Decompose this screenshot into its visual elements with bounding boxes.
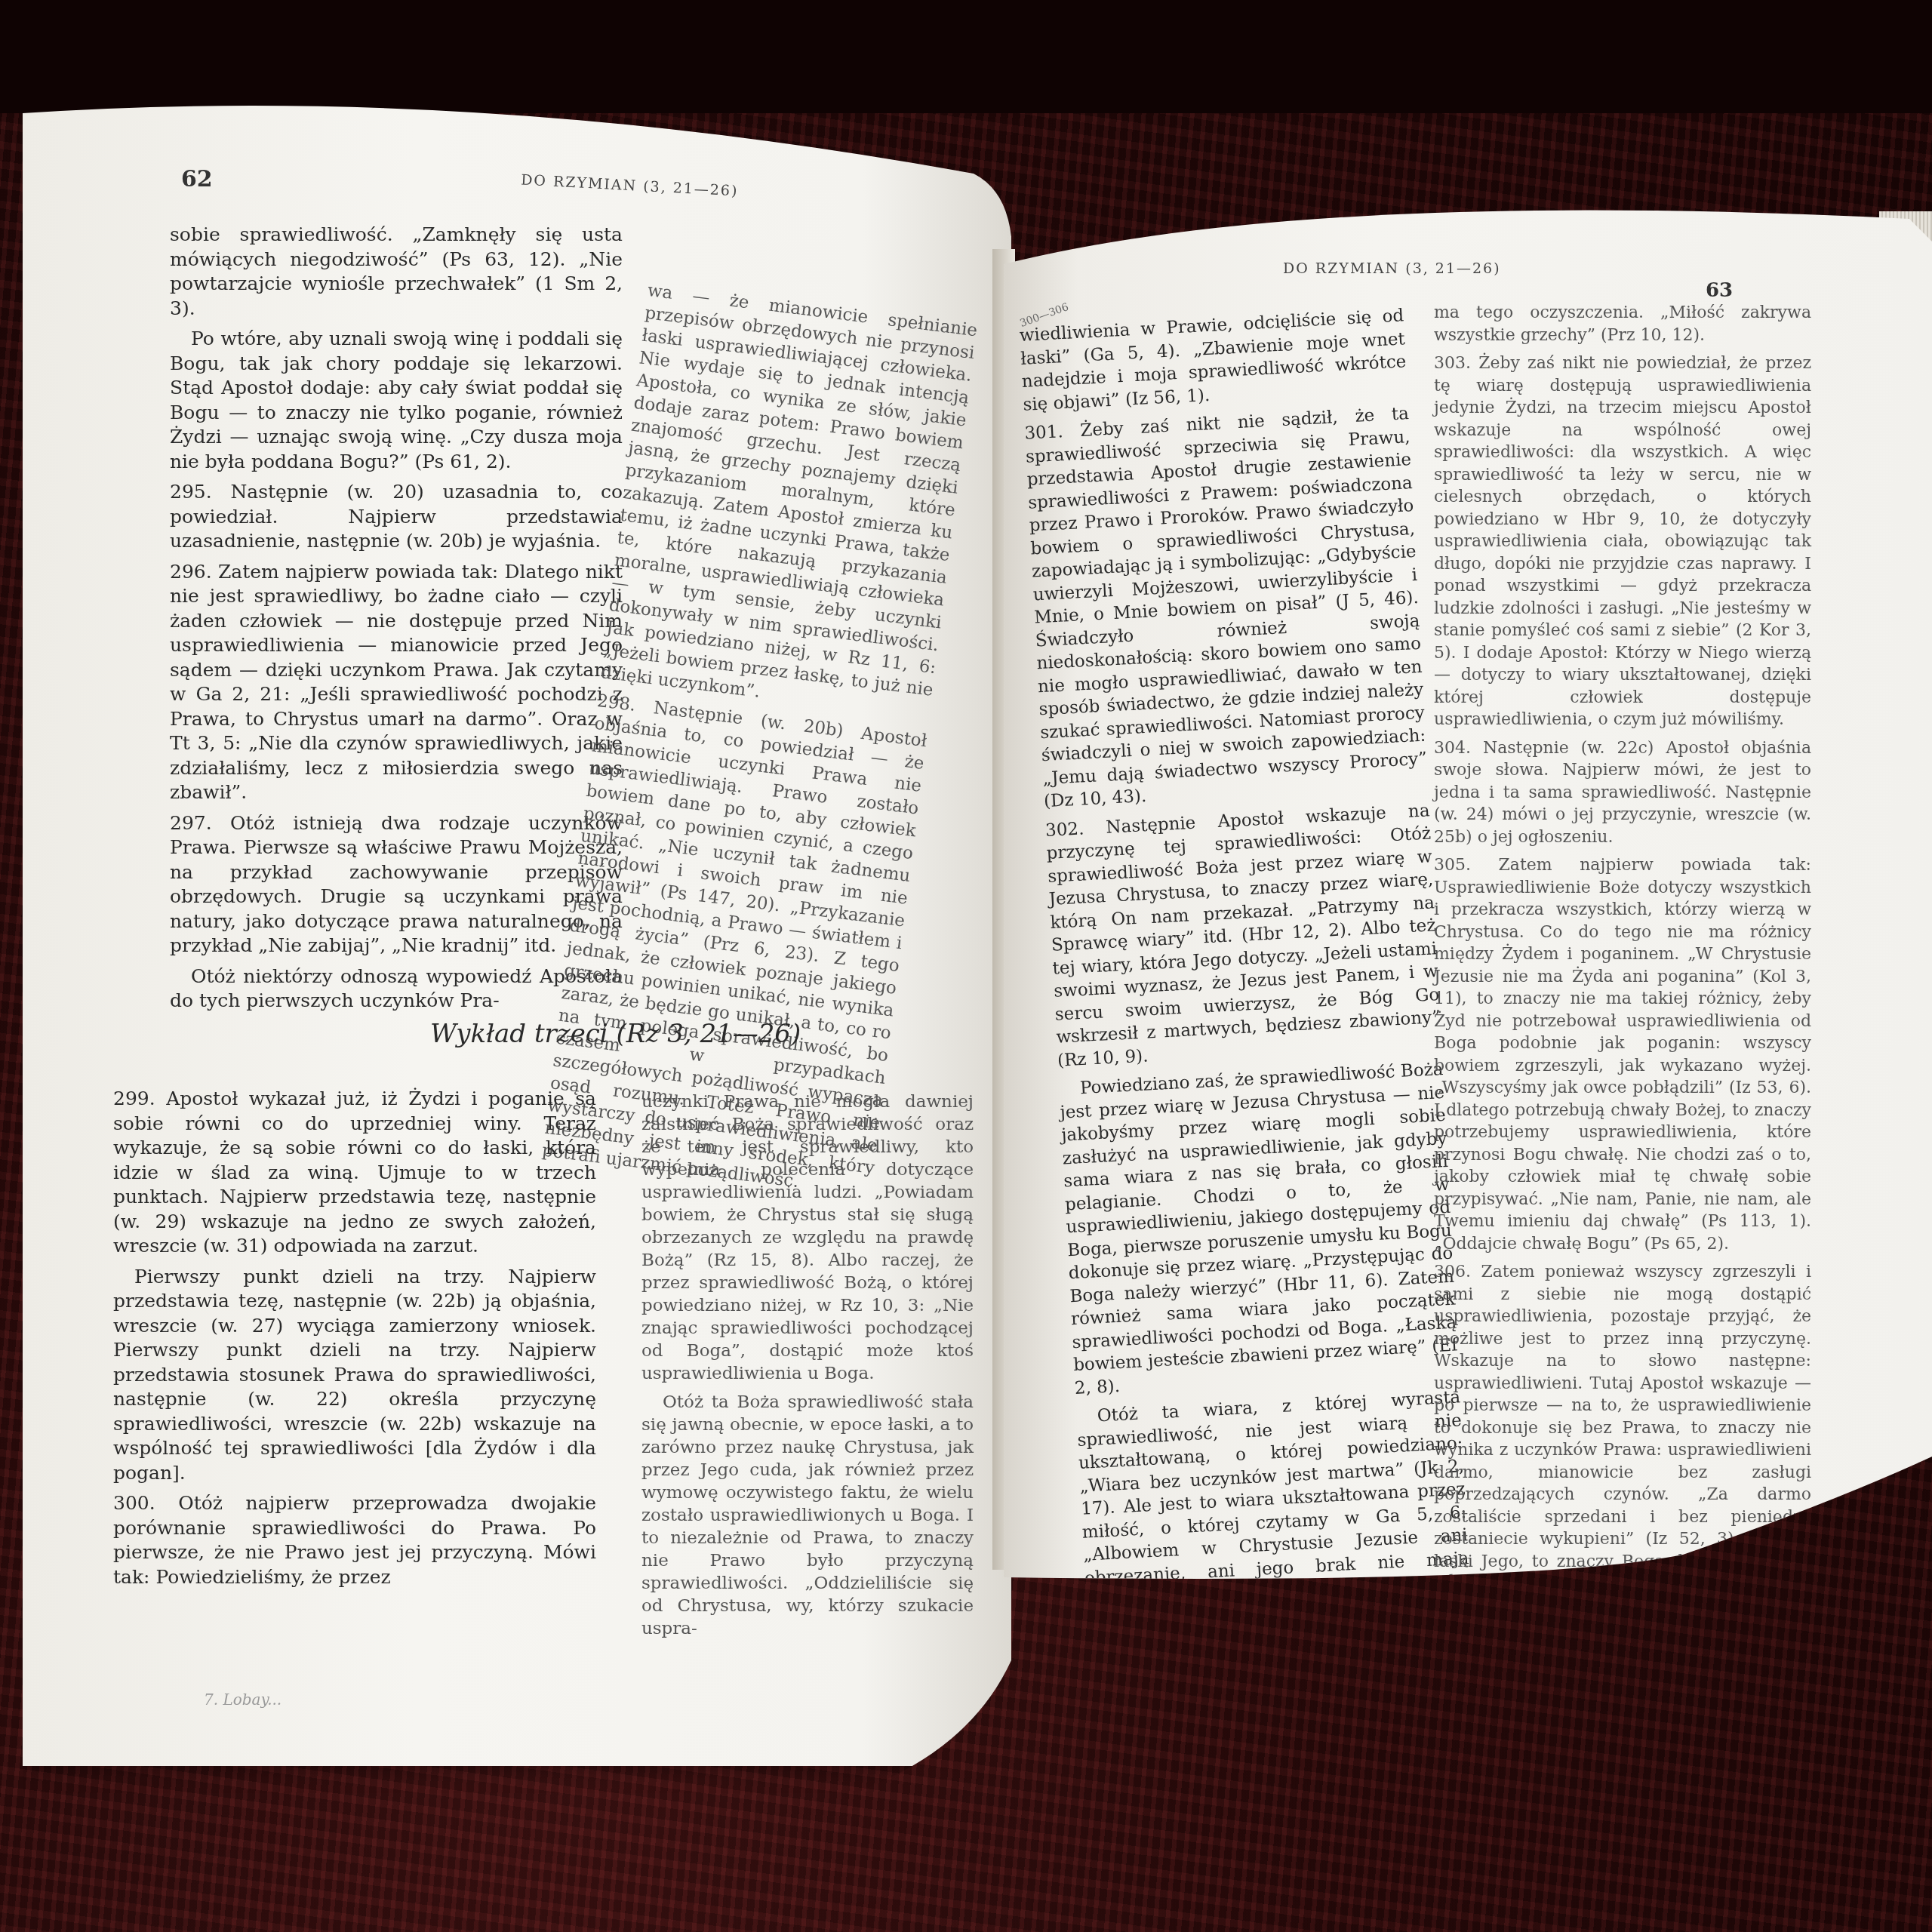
paragraph-304: 304. Następnie (w. 22c) Apostoł objaśnia… — [1434, 737, 1811, 849]
paragraph-297: 297. Otóż istnieją dwa rodzaje uczynków … — [170, 811, 623, 958]
left-column-1: sobie sprawiedliwość. „Zamknęły się usta… — [170, 223, 623, 1020]
paragraph: Otóż ta Boża sprawiedliwość stała się ja… — [641, 1391, 974, 1640]
page-number-left: 62 — [181, 166, 213, 192]
paragraph: sobie sprawiedliwość. „Zamknęły się usta… — [170, 223, 623, 321]
pencil-annotation: 7. Lobay... — [204, 1690, 281, 1709]
paragraph-303: 303. Żeby zaś nikt nie powiedział, że pr… — [1434, 352, 1811, 731]
right-column-1: wiedliwienia w Prawie, odcięliście się o… — [1019, 304, 1479, 1780]
dark-background-top — [0, 0, 1932, 113]
running-head-left: DO RZYMIAN (3, 21—26) — [521, 171, 739, 199]
paragraph: Powiedziano zaś, że sprawiedliwość Boża … — [1058, 1058, 1460, 1400]
paragraph: Pierwszy punkt dzieli na trzy. Najpierw … — [113, 1265, 596, 1486]
paragraph-296: 296. Zatem najpierw powiada tak: Dlatego… — [170, 560, 623, 805]
paragraph-299: 299. Apostoł wykazał już, iż Żydzi i pog… — [113, 1087, 596, 1259]
paragraph-302: 302. Następnie Apostoł wskazuje na przyc… — [1044, 799, 1442, 1072]
left-column-4: uczynki Prawa nie mogła dawniej zaistnie… — [641, 1091, 974, 1646]
paragraph: Po wtóre, aby uznali swoją winę i poddal… — [170, 327, 623, 474]
paragraph-305: 305. Zatem najpierw powiada tak: Usprawi… — [1434, 854, 1811, 1255]
paragraph-300: 300. Otóż najpierw przeprowadza dwojakie… — [113, 1491, 596, 1589]
paragraph: uczynki Prawa nie mogła dawniej zaistnie… — [641, 1091, 974, 1385]
paragraph: wiedliwienia w Prawie, odcięliście się o… — [1019, 304, 1408, 417]
paragraph-295: 295. Następnie (w. 20) uzasadnia to, co … — [170, 480, 623, 554]
paragraph-301: 301. Żeby zaś nikt nie sądził, że ta spr… — [1024, 402, 1429, 813]
running-head-right: DO RZYMIAN (3, 21—26) — [1283, 260, 1501, 277]
left-page: 62 DO RZYMIAN (3, 21—26) sobie sprawiedl… — [23, 83, 1011, 1766]
lecture-title: Wykład trzeci (Rz 3, 21—26) — [430, 1019, 801, 1049]
right-column-2: ma tego oczyszczenia. „Miłość zakrywa ws… — [1434, 302, 1811, 1623]
page-number-right: 63 — [1706, 279, 1733, 302]
left-column-3: 299. Apostoł wykazał już, iż Żydzi i pog… — [113, 1087, 596, 1595]
paragraph: ma tego oczyszczenia. „Miłość zakrywa ws… — [1434, 302, 1811, 346]
paragraph: wa — że mianowicie spełnianie przepisów … — [599, 279, 979, 724]
paragraph: Otóż niektórzy odnoszą wypowiedź Apostoł… — [170, 964, 623, 1014]
right-page: DO RZYMIAN (3, 21—26) 63 300—306 wiedliw… — [1004, 174, 1932, 1585]
